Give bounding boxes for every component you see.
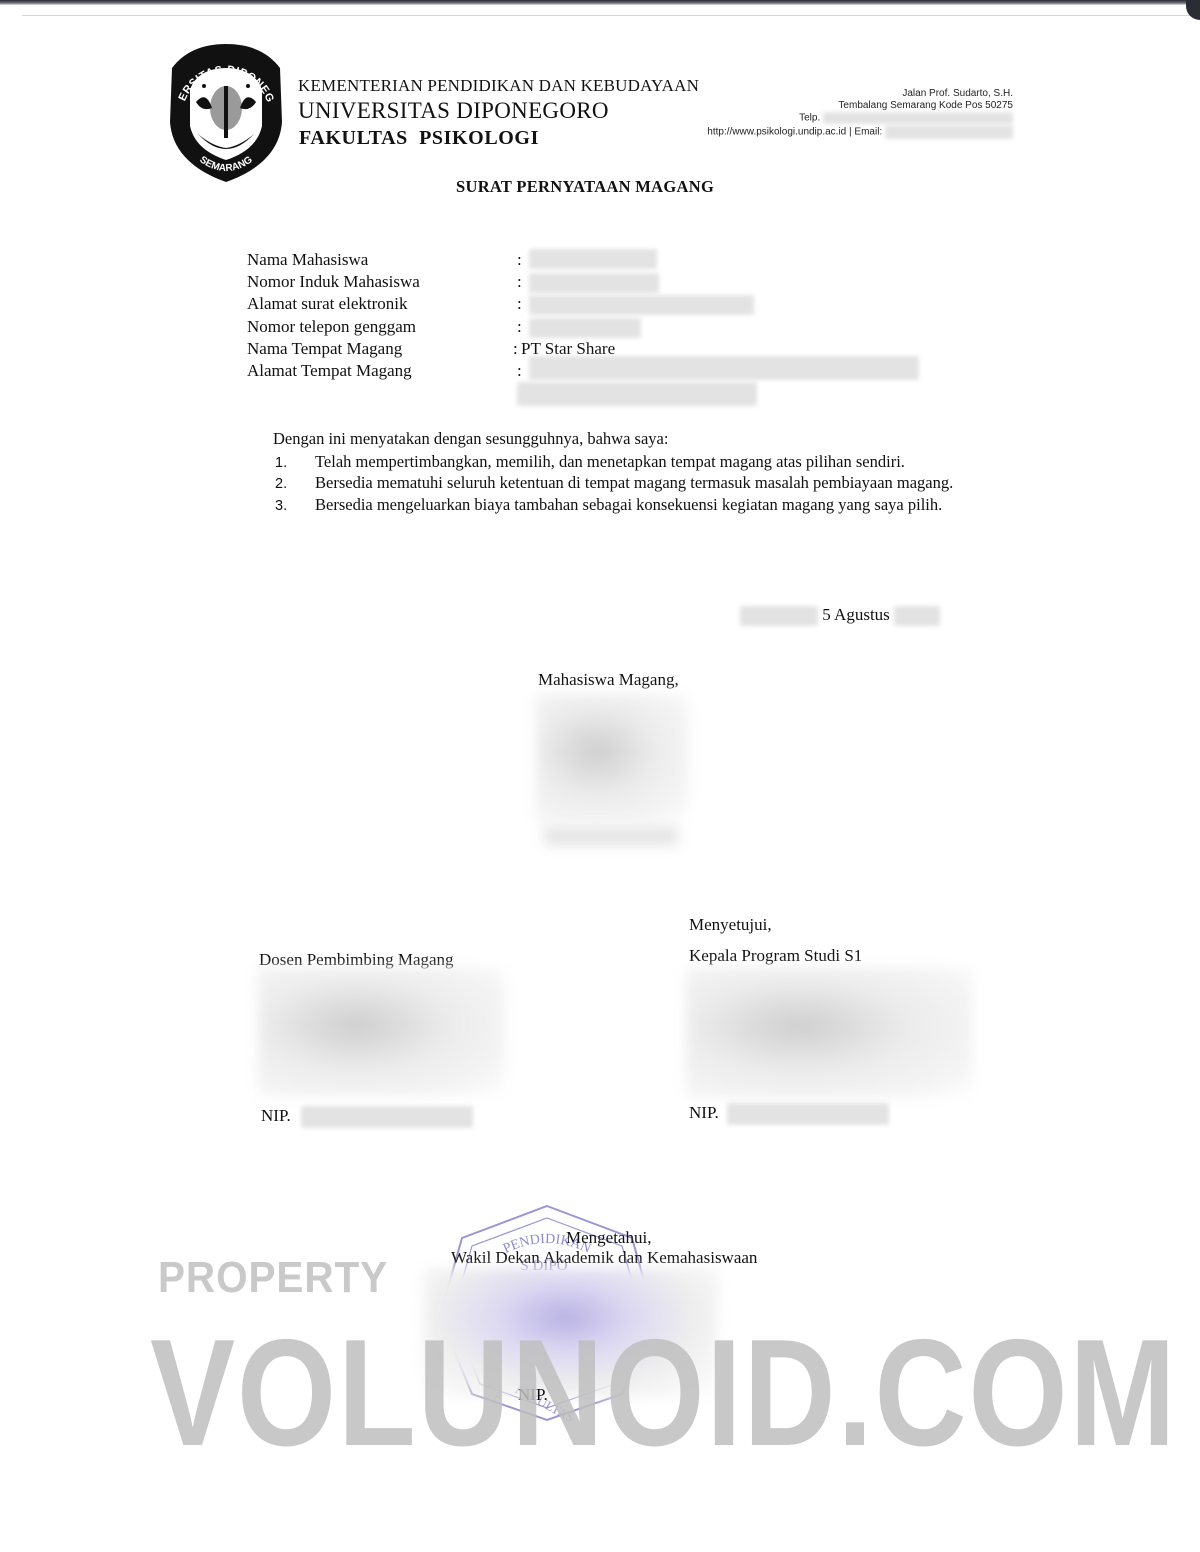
- redacted-value: [517, 382, 757, 406]
- email-label: Email:: [854, 126, 882, 137]
- year-redacted: [894, 606, 940, 626]
- date-line: 5 Agustus: [740, 605, 940, 626]
- website-link: http://www.psikologi.undip.ac.id: [707, 126, 846, 137]
- statement-list: 1.Telah mempertimbangkan, memilih, dan m…: [273, 451, 963, 516]
- address-line-1: Jalan Prof. Sudarto, S.H.: [707, 88, 1013, 100]
- university-seal-icon: UNIVERSITAS DIPONEGORO SEMARANG: [168, 42, 284, 184]
- phone-redacted: [823, 112, 1013, 124]
- scan-corner: [1186, 0, 1200, 20]
- document-title: SURAT PERNYATAAN MAGANG: [456, 177, 714, 197]
- statement-item: 3.Bersedia mengeluarkan biaya tambahan s…: [273, 494, 963, 516]
- faculty-name: FAKULTAS PSIKOLOGI: [299, 127, 539, 150]
- redacted-value: [529, 318, 641, 338]
- letterhead-contact: Jalan Prof. Sudarto, S.H. Tembalang Sema…: [707, 88, 1013, 139]
- university-name: UNIVERSITAS DIPONEGORO: [298, 98, 609, 124]
- date-text: 5 Agustus: [822, 605, 890, 624]
- redacted-value: [529, 273, 659, 293]
- web-email-row: http://www.psikologi.undip.ac.id | Email…: [707, 125, 1013, 139]
- redacted-value: [529, 356, 919, 380]
- redacted-value: [529, 249, 657, 269]
- head-of-program-title: Kepala Program Studi S1: [689, 946, 862, 966]
- supervisor-nip: NIP.: [261, 1106, 473, 1128]
- scan-edge: [0, 0, 1200, 5]
- redacted-value: [529, 295, 754, 315]
- phone-label: Telp.: [799, 113, 820, 124]
- supervisor-signature-title: Dosen Pembimbing Magang: [259, 950, 454, 970]
- ministry-name: KEMENTERIAN PENDIDIKAN DAN KEBUDAYAAN: [298, 76, 699, 96]
- student-signature-redacted: [536, 694, 688, 822]
- nip-redacted: [727, 1103, 889, 1125]
- statement-item: 1.Telah mempertimbangkan, memilih, dan m…: [273, 451, 963, 473]
- scan-line: [22, 15, 1192, 16]
- address-line-2: Tembalang Semarang Kode Pos 50275: [707, 100, 1013, 112]
- head-of-program-signature-redacted: [686, 968, 972, 1098]
- email-redacted: [885, 125, 1013, 139]
- statement-block: Dengan ini menyatakan dengan sesungguhny…: [273, 428, 963, 515]
- head-of-program-nip: NIP.: [689, 1103, 889, 1125]
- statement-intro: Dengan ini menyatakan dengan sesungguhny…: [273, 428, 963, 450]
- nip-redacted: [301, 1106, 473, 1128]
- phone-row: Telp.: [707, 112, 1013, 125]
- watermark-property: PROPERTY: [158, 1253, 388, 1303]
- place-redacted: [740, 606, 818, 626]
- supervisor-signature-redacted: [258, 968, 504, 1096]
- statement-item: 2.Bersedia mematuhi seluruh ketentuan di…: [273, 472, 963, 494]
- vice-dean-title: Wakil Dekan Akademik dan Kemahasiswaan: [451, 1248, 757, 1268]
- watermark-site: VOLUNOID.COM: [150, 1318, 1177, 1468]
- student-signature-title: Mahasiswa Magang,: [538, 670, 679, 690]
- student-name-redacted: [544, 826, 678, 846]
- approve-label: Menyetujui,: [689, 915, 772, 935]
- acknowledge-label: Mengetahui,: [566, 1228, 651, 1248]
- separator: |: [849, 126, 852, 137]
